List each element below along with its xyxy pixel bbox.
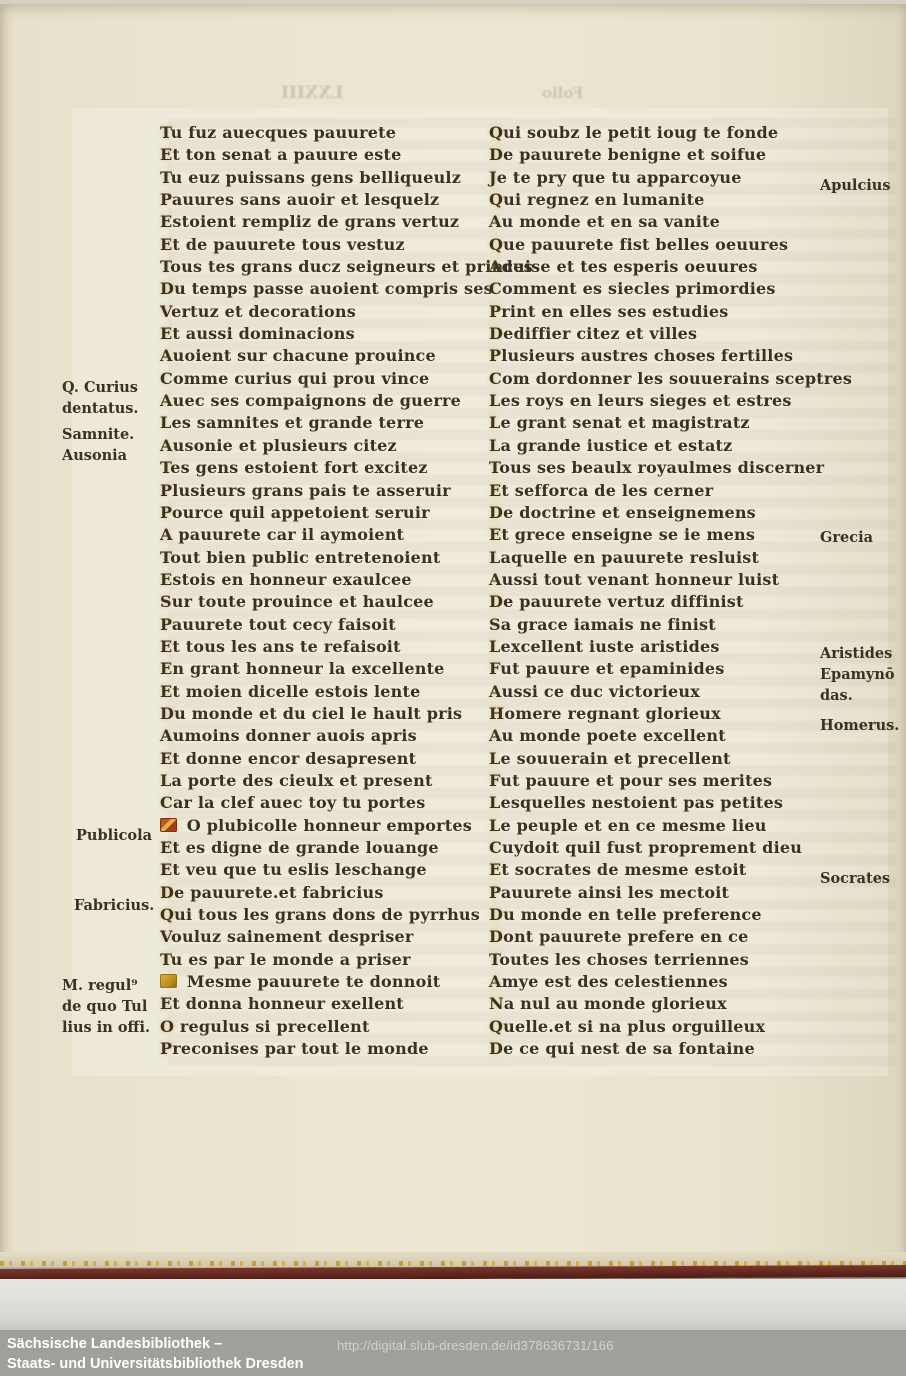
text-line-content: Qui soubz le petit ioug te fonde	[489, 122, 821, 144]
text-line-content: Et tous les ans te refaisoit	[160, 636, 492, 658]
book-scan: LXXIII Folio Tu fuz auecques pauurete Et…	[0, 0, 906, 1376]
text-line: Et socrates de mesme estoit	[489, 859, 821, 881]
text-line: Sur toute prouince et haulcee	[160, 591, 492, 613]
text-line-content: Car la clef auec toy tu portes	[160, 792, 492, 814]
text-line: Fut pauure et pour ses merites	[489, 770, 821, 792]
text-line: Aduise et tes esperis oeuures	[489, 256, 821, 278]
margin-note-line: Apulcius	[820, 175, 906, 196]
text-line-content: Dont pauurete prefere en ce	[489, 926, 821, 948]
text-line-content: Tous tes grans ducz seigneurs et princes	[160, 256, 492, 278]
text-line: Aumoins donner auois apris	[160, 725, 492, 747]
text-line-content: La porte des cieulx et present	[160, 770, 492, 792]
text-line-content: Tes gens estoient fort excitez	[160, 457, 492, 479]
ghost-folio-label: Folio	[542, 84, 583, 102]
text-line: Du monde et du ciel le hault pris	[160, 703, 492, 725]
text-line: Et grece enseigne se ie mens	[489, 524, 821, 546]
margin-note-fabricius: Fabricius.	[74, 895, 172, 916]
text-line: De ce qui nest de sa fontaine	[489, 1038, 821, 1060]
document-url: http://digital.slub-dresden.de/id3786367…	[337, 1338, 614, 1353]
text-line: Dont pauurete prefere en ce	[489, 926, 821, 948]
text-line-content: Les samnites et grande terre	[160, 412, 492, 434]
text-line-content: Du temps passe auoient compris ses	[160, 278, 492, 300]
text-line: Fut pauure et epaminides	[489, 658, 821, 680]
text-line-content: Vertuz et decorations	[160, 301, 492, 323]
text-line: Tu es par le monde a priser	[160, 949, 492, 971]
text-line: Tous tes grans ducz seigneurs et princes	[160, 256, 492, 278]
margin-note-line: M. regul⁹	[62, 975, 160, 996]
text-line: Pauures sans auoir et lesquelz	[160, 189, 492, 211]
text-line: Qui regnez en lumanite	[489, 189, 821, 211]
text-line: Ausonie et plusieurs citez	[160, 435, 492, 457]
text-line: Le peuple et en ce mesme lieu	[489, 815, 821, 837]
text-line-content: Plusieurs grans pais te asseruir	[160, 480, 492, 502]
margin-note-line: Grecia	[820, 527, 906, 548]
text-line-content: Comme curius qui prou vince	[160, 368, 492, 390]
right-text-column: Qui soubz le petit ioug te fonde De pauu…	[489, 122, 821, 1060]
margin-note-line: das.	[820, 685, 906, 706]
text-line: Comment es siecles primordies	[489, 278, 821, 300]
text-line: En grant honneur la excellente	[160, 658, 492, 680]
text-line-content: Et grece enseigne se ie mens	[489, 524, 821, 546]
text-line-content: Et aussi dominacions	[160, 323, 492, 345]
text-line: Aussi tout venant honneur luist	[489, 569, 821, 591]
text-line: Les samnites et grande terre	[160, 412, 492, 434]
text-line-content: Tout bien public entretenoient	[160, 547, 492, 569]
text-line-content: Na nul au monde glorieux	[489, 993, 821, 1015]
text-line: Estois en honneur exaulcee	[160, 569, 492, 591]
text-line-content: Laquelle en pauurete resluist	[489, 547, 821, 569]
margin-note-regulus: M. regul⁹de quo Tullius in offi.	[62, 975, 160, 1038]
text-line: De doctrine et enseignemens	[489, 502, 821, 524]
text-line-content: Du monde et du ciel le hault pris	[160, 703, 492, 725]
text-line-content: Et de pauurete tous vestuz	[160, 234, 492, 256]
text-line: Et es digne de grande louange	[160, 837, 492, 859]
text-line-content: Amye est des celestiennes	[489, 971, 821, 993]
text-line-content: Sa grace iamais ne finist	[489, 614, 821, 636]
text-line: Aussi ce duc victorieux	[489, 681, 821, 703]
margin-note-line: Ausonia	[62, 445, 160, 466]
text-line: Pauurete tout cecy faisoit	[160, 614, 492, 636]
text-line-content: De ce qui nest de sa fontaine	[489, 1038, 821, 1060]
text-line-content: En grant honneur la excellente	[160, 658, 492, 680]
text-line-content: Pauurete tout cecy faisoit	[160, 614, 492, 636]
text-line-content: Et sefforca de les cerner	[489, 480, 821, 502]
text-line: Vertuz et decorations	[160, 301, 492, 323]
margin-note-publicola: Publicola	[76, 825, 174, 846]
text-line: Et veu que tu eslis leschange	[160, 859, 492, 881]
library-name-line1: Sächsische Landesbibliothek –	[7, 1335, 304, 1355]
text-line: De pauurete vertuz diffinist	[489, 591, 821, 613]
text-line-content: Auec ses compaignons de guerre	[160, 390, 492, 412]
text-line-content: Tu fuz auecques pauurete	[160, 122, 492, 144]
text-line: Et donne encor desapresent	[160, 748, 492, 770]
text-line-content: Au monde poete excellent	[489, 725, 821, 747]
text-line: Du temps passe auoient compris ses	[160, 278, 492, 300]
text-line: Tu fuz auecques pauurete	[160, 122, 492, 144]
text-line-content: De pauurete.et fabricius	[160, 882, 492, 904]
text-line: Laquelle en pauurete resluist	[489, 547, 821, 569]
text-line-content: Plusieurs austres choses fertilles	[489, 345, 821, 367]
text-line: Estoient rempliz de grans vertuz	[160, 211, 492, 233]
text-line-content: Sur toute prouince et haulcee	[160, 591, 492, 613]
text-line: Cuydoit quil fust proprement dieu	[489, 837, 821, 859]
text-line-content: Aduise et tes esperis oeuures	[489, 256, 821, 278]
margin-note-line: de quo Tul	[62, 996, 160, 1017]
text-line-content: Et moien dicelle estois lente	[160, 681, 492, 703]
text-line: Et moien dicelle estois lente	[160, 681, 492, 703]
text-line-content: Qui regnez en lumanite	[489, 189, 821, 211]
text-line: O plubicolle honneur emportes	[160, 815, 492, 837]
text-line: Tout bien public entretenoient	[160, 547, 492, 569]
margin-note-line: dentatus.	[62, 398, 160, 419]
margin-note-line: Epamynō	[820, 664, 906, 685]
text-line-content: Tous ses beaulx royaulmes discerner	[489, 457, 821, 479]
margin-note-line: Homerus.	[820, 715, 906, 736]
text-line: Com dordonner les souuerains sceptres	[489, 368, 821, 390]
text-line-content: Le souuerain et precellent	[489, 748, 821, 770]
text-line: Le souuerain et precellent	[489, 748, 821, 770]
text-line-content: Com dordonner les souuerains sceptres	[489, 368, 821, 390]
text-line: Et donna honneur exellent	[160, 993, 492, 1015]
text-line: Plusieurs grans pais te asseruir	[160, 480, 492, 502]
scan-top-edge	[0, 0, 906, 4]
left-text-column: Tu fuz auecques pauurete Et ton senat a …	[160, 122, 492, 1060]
margin-note-samnite-ausonia: Samnite.Ausonia	[62, 424, 160, 466]
text-line: Lesquelles nestoient pas petites	[489, 792, 821, 814]
text-line: Que pauurete fist belles oeuures	[489, 234, 821, 256]
text-line-content: Et socrates de mesme estoit	[489, 859, 821, 881]
text-line-content: Fut pauure et epaminides	[489, 658, 821, 680]
text-line-content: Ausonie et plusieurs citez	[160, 435, 492, 457]
text-line-content: Aussi tout venant honneur luist	[489, 569, 821, 591]
text-line-content: Print en elles ses estudies	[489, 301, 821, 323]
text-line: Qui tous les grans dons de pyrrhus	[160, 904, 492, 926]
text-line-content: O plubicolle honneur emportes	[187, 816, 472, 835]
text-line: Au monde poete excellent	[489, 725, 821, 747]
text-line-content: Mesme pauurete te donnoit	[187, 972, 441, 991]
text-line-content: Quelle.et si na plus orguilleux	[489, 1016, 821, 1038]
text-line-content: Lesquelles nestoient pas petites	[489, 792, 821, 814]
text-line: Je te pry que tu apparcoyue	[489, 167, 821, 189]
text-line-content: Estois en honneur exaulcee	[160, 569, 492, 591]
margin-note-line: Fabricius.	[74, 895, 172, 916]
text-line-content: Auoient sur chacune prouince	[160, 345, 492, 367]
text-line-content: Aussi ce duc victorieux	[489, 681, 821, 703]
text-line: La porte des cieulx et present	[160, 770, 492, 792]
text-line-content: Dediffier citez et villes	[489, 323, 821, 345]
text-line: Mesme pauurete te donnoit	[160, 971, 492, 993]
margin-note-curius-dentatus: Q. Curiusdentatus.	[62, 377, 160, 419]
text-line-content: De doctrine et enseignemens	[489, 502, 821, 524]
margin-note-homerus: Homerus.	[820, 715, 906, 736]
margin-note-line: Aristides	[820, 643, 906, 664]
text-line: Qui soubz le petit ioug te fonde	[489, 122, 821, 144]
text-line-content: Tu euz puissans gens belliqueulz	[160, 167, 492, 189]
text-line-content: O regulus si precellent	[160, 1016, 492, 1038]
text-line-content: Du monde en telle preference	[489, 904, 821, 926]
text-line-content: Estoient rempliz de grans vertuz	[160, 211, 492, 233]
margin-note-line: Publicola	[76, 825, 174, 846]
margin-note-line: lius in offi.	[62, 1017, 160, 1038]
text-line-content: De pauurete vertuz diffinist	[489, 591, 821, 613]
text-line: Et ton senat a pauure este	[160, 144, 492, 166]
text-line-content: Lexcellent iuste aristides	[489, 636, 821, 658]
margin-note-line: Samnite.	[62, 424, 160, 445]
text-line-content: Et es digne de grande louange	[160, 837, 492, 859]
text-line-content: Et veu que tu eslis leschange	[160, 859, 492, 881]
text-line: Pource quil appetoient seruir	[160, 502, 492, 524]
text-line-content: Au monde et en sa vanite	[489, 211, 821, 233]
text-line: Na nul au monde glorieux	[489, 993, 821, 1015]
text-line: Amye est des celestiennes	[489, 971, 821, 993]
text-line: Et tous les ans te refaisoit	[160, 636, 492, 658]
text-line: Auoient sur chacune prouince	[160, 345, 492, 367]
text-line-content: Que pauurete fist belles oeuures	[489, 234, 821, 256]
text-line: Les roys en leurs sieges et estres	[489, 390, 821, 412]
text-line: Toutes les choses terriennes	[489, 949, 821, 971]
margin-note-line: Q. Curius	[62, 377, 160, 398]
text-line: De pauurete benigne et soifue	[489, 144, 821, 166]
text-line-content: Pauurete ainsi les mectoit	[489, 882, 821, 904]
text-line-content: Qui tous les grans dons de pyrrhus	[160, 904, 492, 926]
text-line: La grande iustice et estatz	[489, 435, 821, 457]
text-line: De pauurete.et fabricius	[160, 882, 492, 904]
text-line: Lexcellent iuste aristides	[489, 636, 821, 658]
margin-note-apuleius: Apulcius	[820, 175, 906, 196]
text-line: Car la clef auec toy tu portes	[160, 792, 492, 814]
text-line: Tu euz puissans gens belliqueulz	[160, 167, 492, 189]
text-line: Auec ses compaignons de guerre	[160, 390, 492, 412]
text-line: Et aussi dominacions	[160, 323, 492, 345]
cradle-cloth	[0, 1279, 906, 1330]
book-bottom-edge	[0, 1252, 906, 1330]
text-line-content: Les roys en leurs sieges et estres	[489, 390, 821, 412]
text-line: Sa grace iamais ne finist	[489, 614, 821, 636]
text-line-content: Et donna honneur exellent	[160, 993, 492, 1015]
text-line: Tes gens estoient fort excitez	[160, 457, 492, 479]
margin-note-aristides-epaminondas: AristidesEpamynōdas.	[820, 643, 906, 706]
text-line-content: Tu es par le monde a priser	[160, 949, 492, 971]
ghost-folio-number: LXXIII	[281, 83, 343, 103]
text-line-content: Et donne encor desapresent	[160, 748, 492, 770]
text-line-content: Aumoins donner auois apris	[160, 725, 492, 747]
library-name-line2: Staats- und Universitätsbibliothek Dresd…	[7, 1355, 304, 1375]
text-line: Du monde en telle preference	[489, 904, 821, 926]
library-name: Sächsische Landesbibliothek – Staats- un…	[7, 1335, 304, 1374]
text-line: Et sefforca de les cerner	[489, 480, 821, 502]
text-line-content: Vouluz sainement despriser	[160, 926, 492, 948]
text-line-content: Comment es siecles primordies	[489, 278, 821, 300]
text-line-content: A pauurete car il aymoient	[160, 524, 492, 546]
text-line: Au monde et en sa vanite	[489, 211, 821, 233]
text-line-content: Le grant senat et magistratz	[489, 412, 821, 434]
text-line-content: La grande iustice et estatz	[489, 435, 821, 457]
text-line-content: Je te pry que tu apparcoyue	[489, 167, 821, 189]
text-line-content: Toutes les choses terriennes	[489, 949, 821, 971]
text-line-content: Preconises par tout le monde	[160, 1038, 492, 1060]
text-line: Homere regnant glorieux	[489, 703, 821, 725]
text-line: Plusieurs austres choses fertilles	[489, 345, 821, 367]
text-line-content: Le peuple et en ce mesme lieu	[489, 815, 821, 837]
text-line-content: Homere regnant glorieux	[489, 703, 821, 725]
text-line-content: Fut pauure et pour ses merites	[489, 770, 821, 792]
text-line: A pauurete car il aymoient	[160, 524, 492, 546]
margin-note-grecia: Grecia	[820, 527, 906, 548]
text-line: Dediffier citez et villes	[489, 323, 821, 345]
text-line: Tous ses beaulx royaulmes discerner	[489, 457, 821, 479]
text-line: O regulus si precellent	[160, 1016, 492, 1038]
text-line-content: De pauurete benigne et soifue	[489, 144, 821, 166]
margin-note-line: Socrates	[820, 868, 906, 889]
text-line: Preconises par tout le monde	[160, 1038, 492, 1060]
text-line: Le grant senat et magistratz	[489, 412, 821, 434]
text-line: Quelle.et si na plus orguilleux	[489, 1016, 821, 1038]
text-line: Comme curius qui prou vince	[160, 368, 492, 390]
text-line-content: Cuydoit quil fust proprement dieu	[489, 837, 821, 859]
margin-note-socrates: Socrates	[820, 868, 906, 889]
text-line: Et de pauurete tous vestuz	[160, 234, 492, 256]
text-line: Print en elles ses estudies	[489, 301, 821, 323]
text-line-content: Pource quil appetoient seruir	[160, 502, 492, 524]
text-line: Pauurete ainsi les mectoit	[489, 882, 821, 904]
footer-bar: Sächsische Landesbibliothek – Staats- un…	[0, 1330, 906, 1376]
text-line-content: Et ton senat a pauure este	[160, 144, 492, 166]
text-line: Vouluz sainement despriser	[160, 926, 492, 948]
initial-ornament	[160, 974, 177, 988]
text-line-content: Pauures sans auoir et lesquelz	[160, 189, 492, 211]
